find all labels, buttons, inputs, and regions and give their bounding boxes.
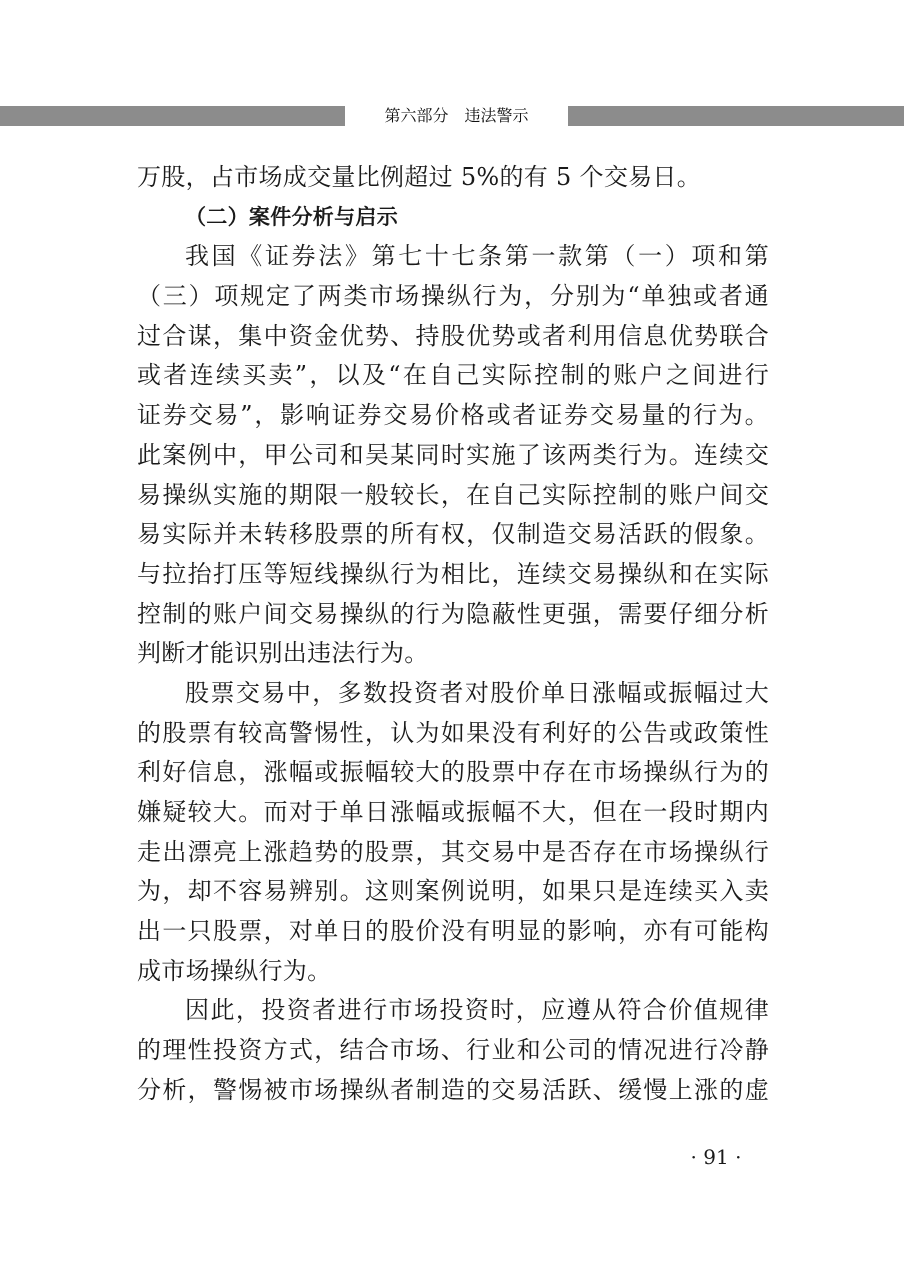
paragraph-line: 此案例中，甲公司和吴某同时实施了该两类行为。连续交 [137, 436, 769, 476]
paragraph-line: 判断才能识别出违法行为。 [137, 634, 769, 674]
continuation-line: 万股，占市场成交量比例超过 5%的有 5 个交易日。 [137, 158, 769, 198]
paragraph-line: 证券交易”，影响证券交易价格或者证券交易量的行为。 [137, 396, 769, 436]
header-rule-right [568, 106, 904, 126]
paragraph-line: 嫌疑较大。而对于单日涨幅或振幅不大，但在一段时期内 [137, 793, 769, 833]
paragraph-line: 的理性投资方式，结合市场、行业和公司的情况进行冷静 [137, 1031, 769, 1071]
paragraph-line: 过合谋，集中资金优势、持股优势或者利用信息优势联合 [137, 317, 769, 357]
paragraph-1: 我国《证券法》第七十七条第一款第（一）项和第 （三）项规定了两类市场操纵行为，分… [137, 237, 769, 674]
paragraph-line: 易操纵实施的期限一般较长，在自己实际控制的账户间交 [137, 476, 769, 516]
section-heading: （二）案件分析与启示 [137, 198, 769, 238]
page-body: 万股，占市场成交量比例超过 5%的有 5 个交易日。 （二）案件分析与启示 我国… [137, 158, 769, 1111]
paragraph-line: 的股票有较高警惕性，认为如果没有利好的公告或政策性 [137, 714, 769, 754]
paragraph-2: 股票交易中，多数投资者对股价单日涨幅或振幅过大 的股票有较高警惕性，认为如果没有… [137, 674, 769, 992]
paragraph-line: 走出漂亮上涨趋势的股票，其交易中是否存在市场操纵行 [137, 833, 769, 873]
paragraph-line: 或者连续买卖”，以及“在自己实际控制的账户之间进行 [137, 356, 769, 396]
paragraph-line: 我国《证券法》第七十七条第一款第（一）项和第 [137, 237, 769, 277]
paragraph-line: 利好信息，涨幅或振幅较大的股票中存在市场操纵行为的 [137, 753, 769, 793]
paragraph-line: 成市场操纵行为。 [137, 952, 769, 992]
paragraph-line: 为，却不容易辨别。这则案例说明，如果只是连续买入卖 [137, 872, 769, 912]
paragraph-line: 控制的账户间交易操纵的行为隐蔽性更强，需要仔细分析 [137, 595, 769, 635]
paragraph-line: 分析，警惕被市场操纵者制造的交易活跃、缓慢上涨的虚 [137, 1071, 769, 1111]
header-rule-left [0, 106, 345, 126]
paragraph-line: 与拉抬打压等短线操纵行为相比，连续交易操纵和在实际 [137, 555, 769, 595]
paragraph-line: 因此，投资者进行市场投资时，应遵从符合价值规律 [137, 991, 769, 1031]
paragraph-3: 因此，投资者进行市场投资时，应遵从符合价值规律 的理性投资方式，结合市场、行业和… [137, 991, 769, 1110]
paragraph-line: 出一只股票，对单日的股价没有明显的影响，亦有可能构 [137, 912, 769, 952]
paragraph-line: 易实际并未转移股票的所有权，仅制造交易活跃的假象。 [137, 515, 769, 555]
page-number: · 91 · [676, 1143, 756, 1171]
paragraph-line: （三）项规定了两类市场操纵行为，分别为“单独或者通 [137, 277, 769, 317]
paragraph-line: 股票交易中，多数投资者对股价单日涨幅或振幅过大 [137, 674, 769, 714]
running-header-title: 第六部分 违法警示 [345, 104, 568, 128]
